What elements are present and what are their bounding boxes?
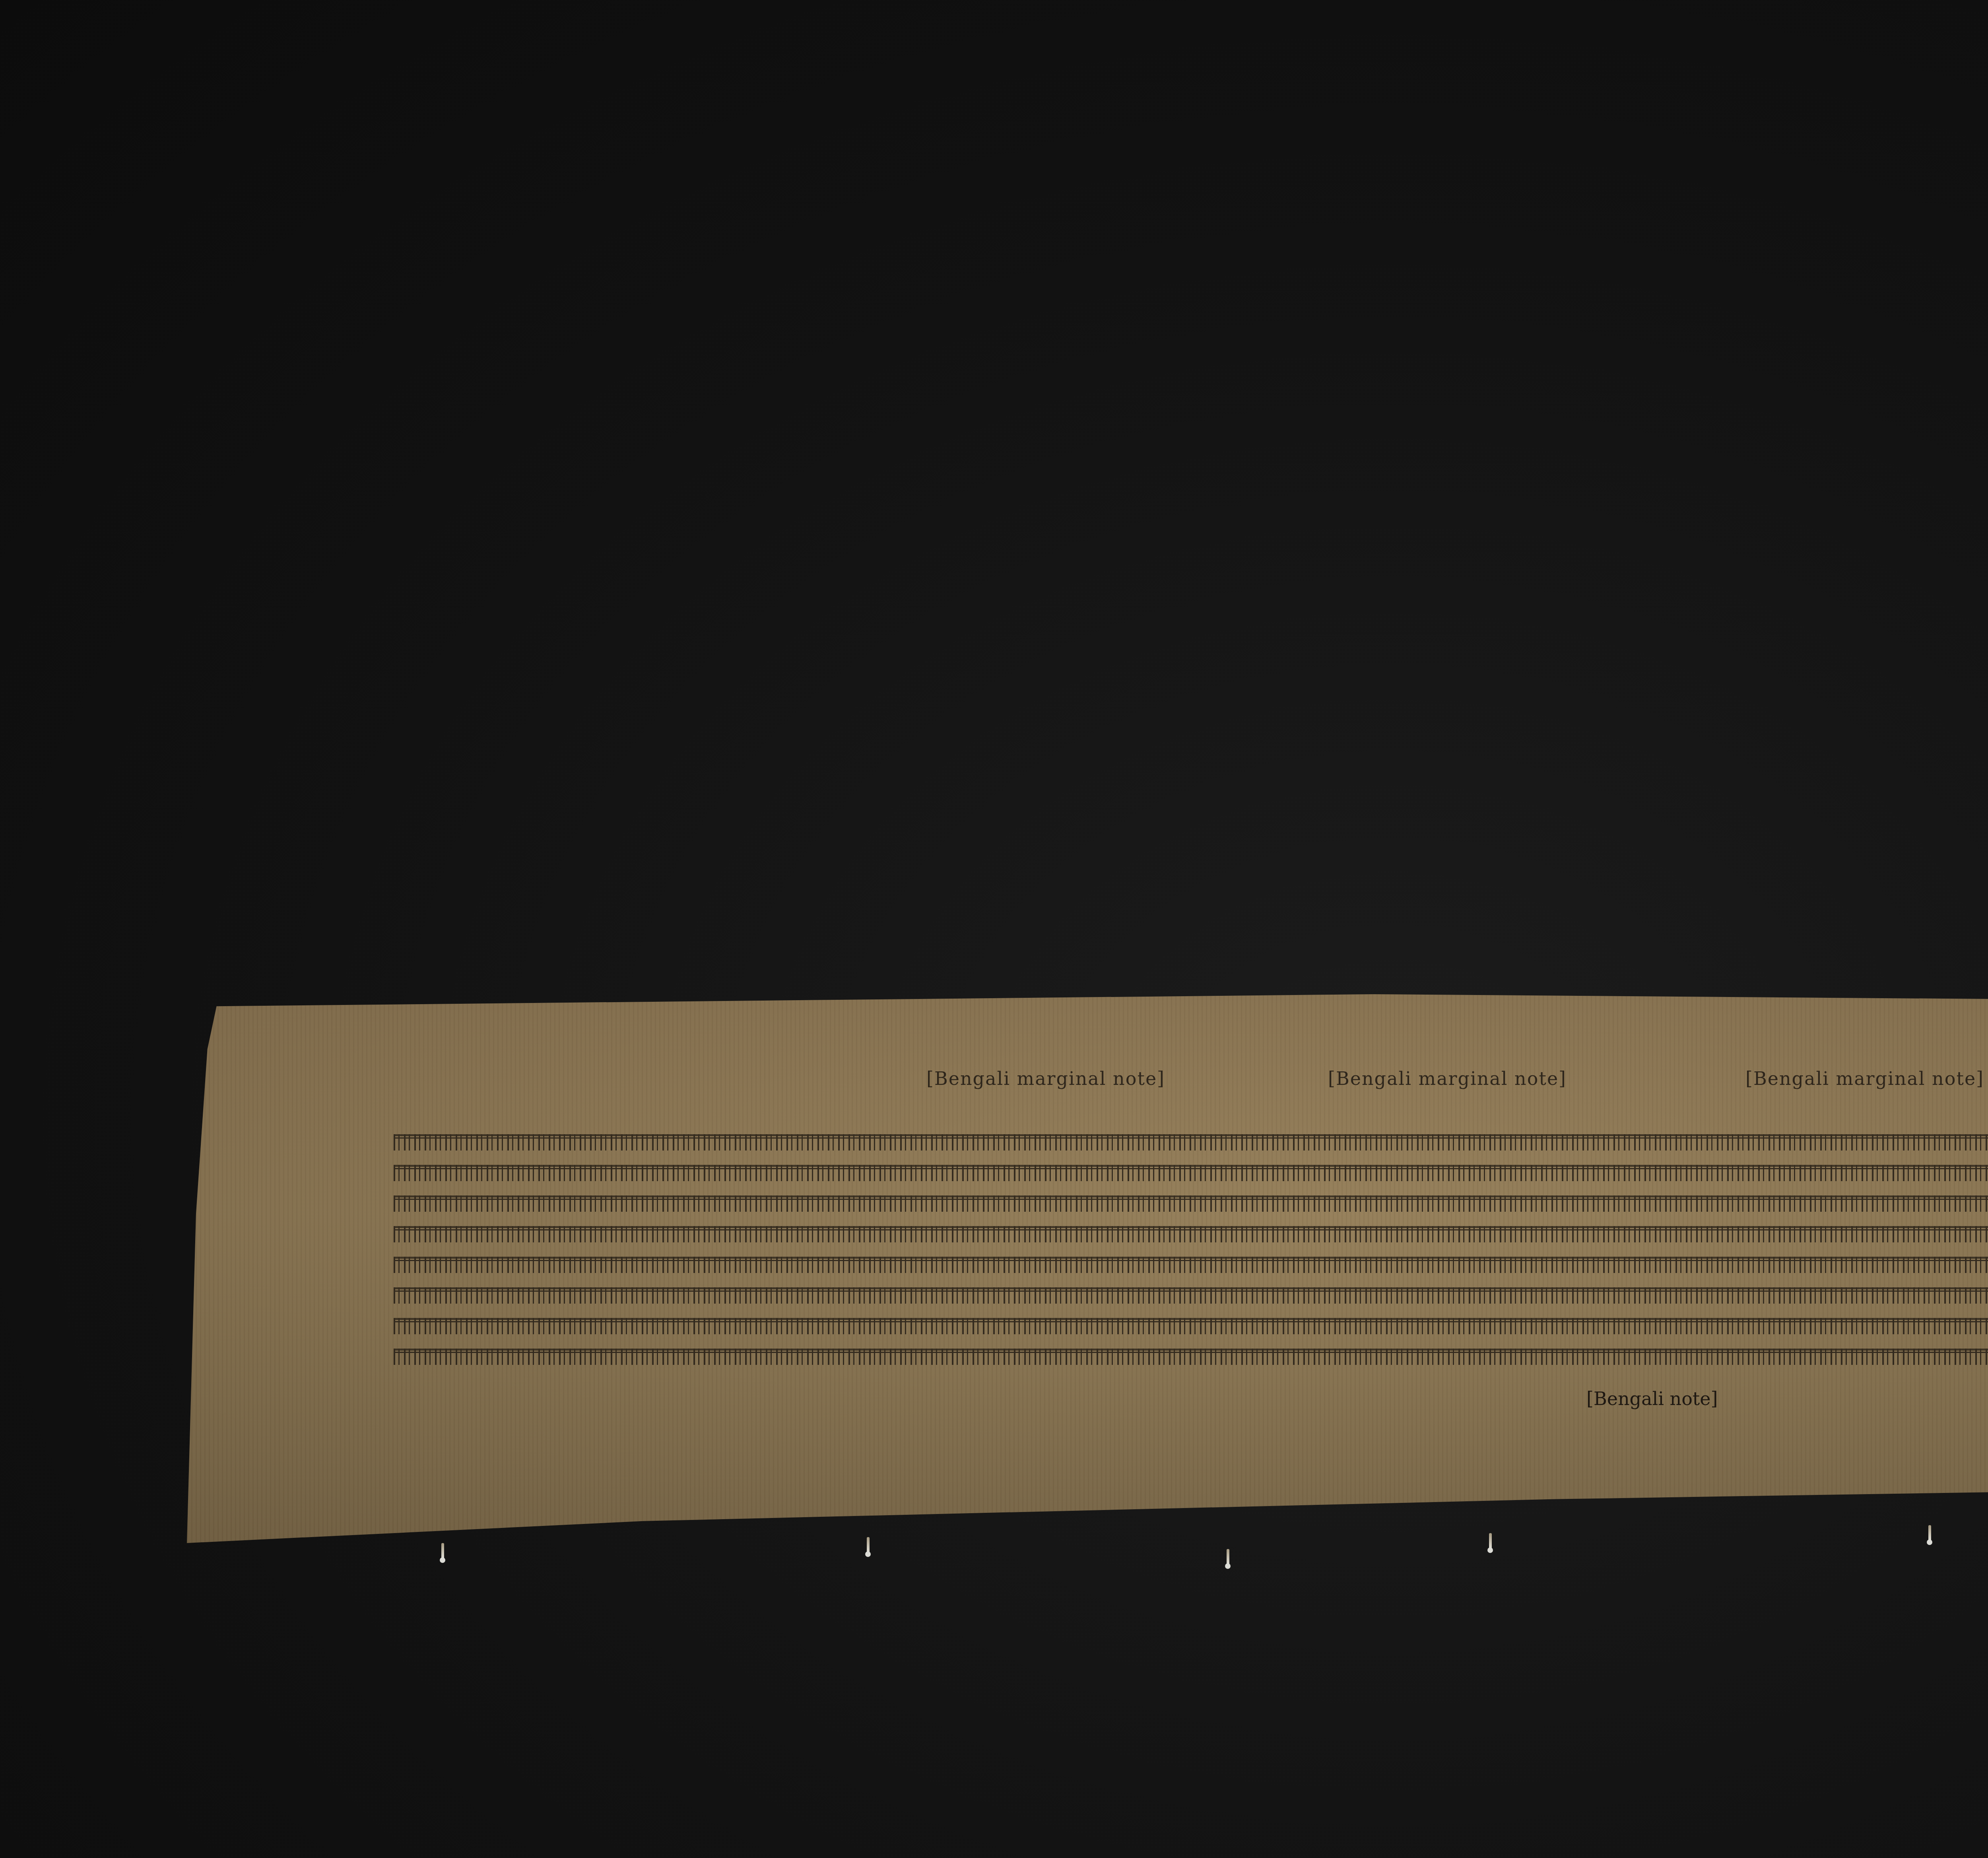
bottom-note: [Bengali note] (1586, 1388, 1718, 1409)
manuscript-line: [Bengali manuscript line 3] (394, 1191, 1988, 1216)
handwritten-text (394, 1226, 1988, 1242)
pin-icon (441, 1543, 444, 1561)
manuscript-line: [Bengali manuscript line 5] (394, 1252, 1988, 1277)
pin-icon (867, 1537, 870, 1555)
handwritten-text (394, 1165, 1988, 1181)
handwritten-text (394, 1318, 1988, 1334)
manuscript-line: [Bengali manuscript line 6] (394, 1283, 1988, 1308)
header-marginalia-center-left: [Bengali marginal note] (1328, 1068, 1567, 1089)
handwritten-text (394, 1257, 1988, 1273)
pin-icon (1227, 1549, 1229, 1566)
handwritten-text (394, 1195, 1988, 1212)
black-background (0, 0, 1988, 1858)
manuscript-line: [Bengali manuscript line 7] (394, 1313, 1988, 1339)
manuscript-text-block: [Bengali manuscript line 1] [Bengali man… (394, 1129, 1988, 1374)
manuscript-line: [Bengali manuscript line 1] (394, 1129, 1988, 1155)
handwritten-text (394, 1134, 1988, 1151)
pin-icon (1489, 1533, 1492, 1551)
manuscript-line: [Bengali manuscript line 2] (394, 1160, 1988, 1186)
header-marginalia-left: [Bengali marginal note] (926, 1068, 1165, 1089)
pin-icon (1928, 1525, 1931, 1543)
handwritten-text (394, 1349, 1988, 1365)
manuscript-line: [Bengali manuscript line 4] (394, 1221, 1988, 1247)
manuscript-line: [Bengali manuscript line 8] (394, 1344, 1988, 1369)
handwritten-text (394, 1287, 1988, 1304)
header-marginalia-center-right: [Bengali marginal note] (1745, 1068, 1984, 1089)
manuscript-folio: [Bengali marginal note] [Bengali margina… (187, 994, 1988, 1543)
